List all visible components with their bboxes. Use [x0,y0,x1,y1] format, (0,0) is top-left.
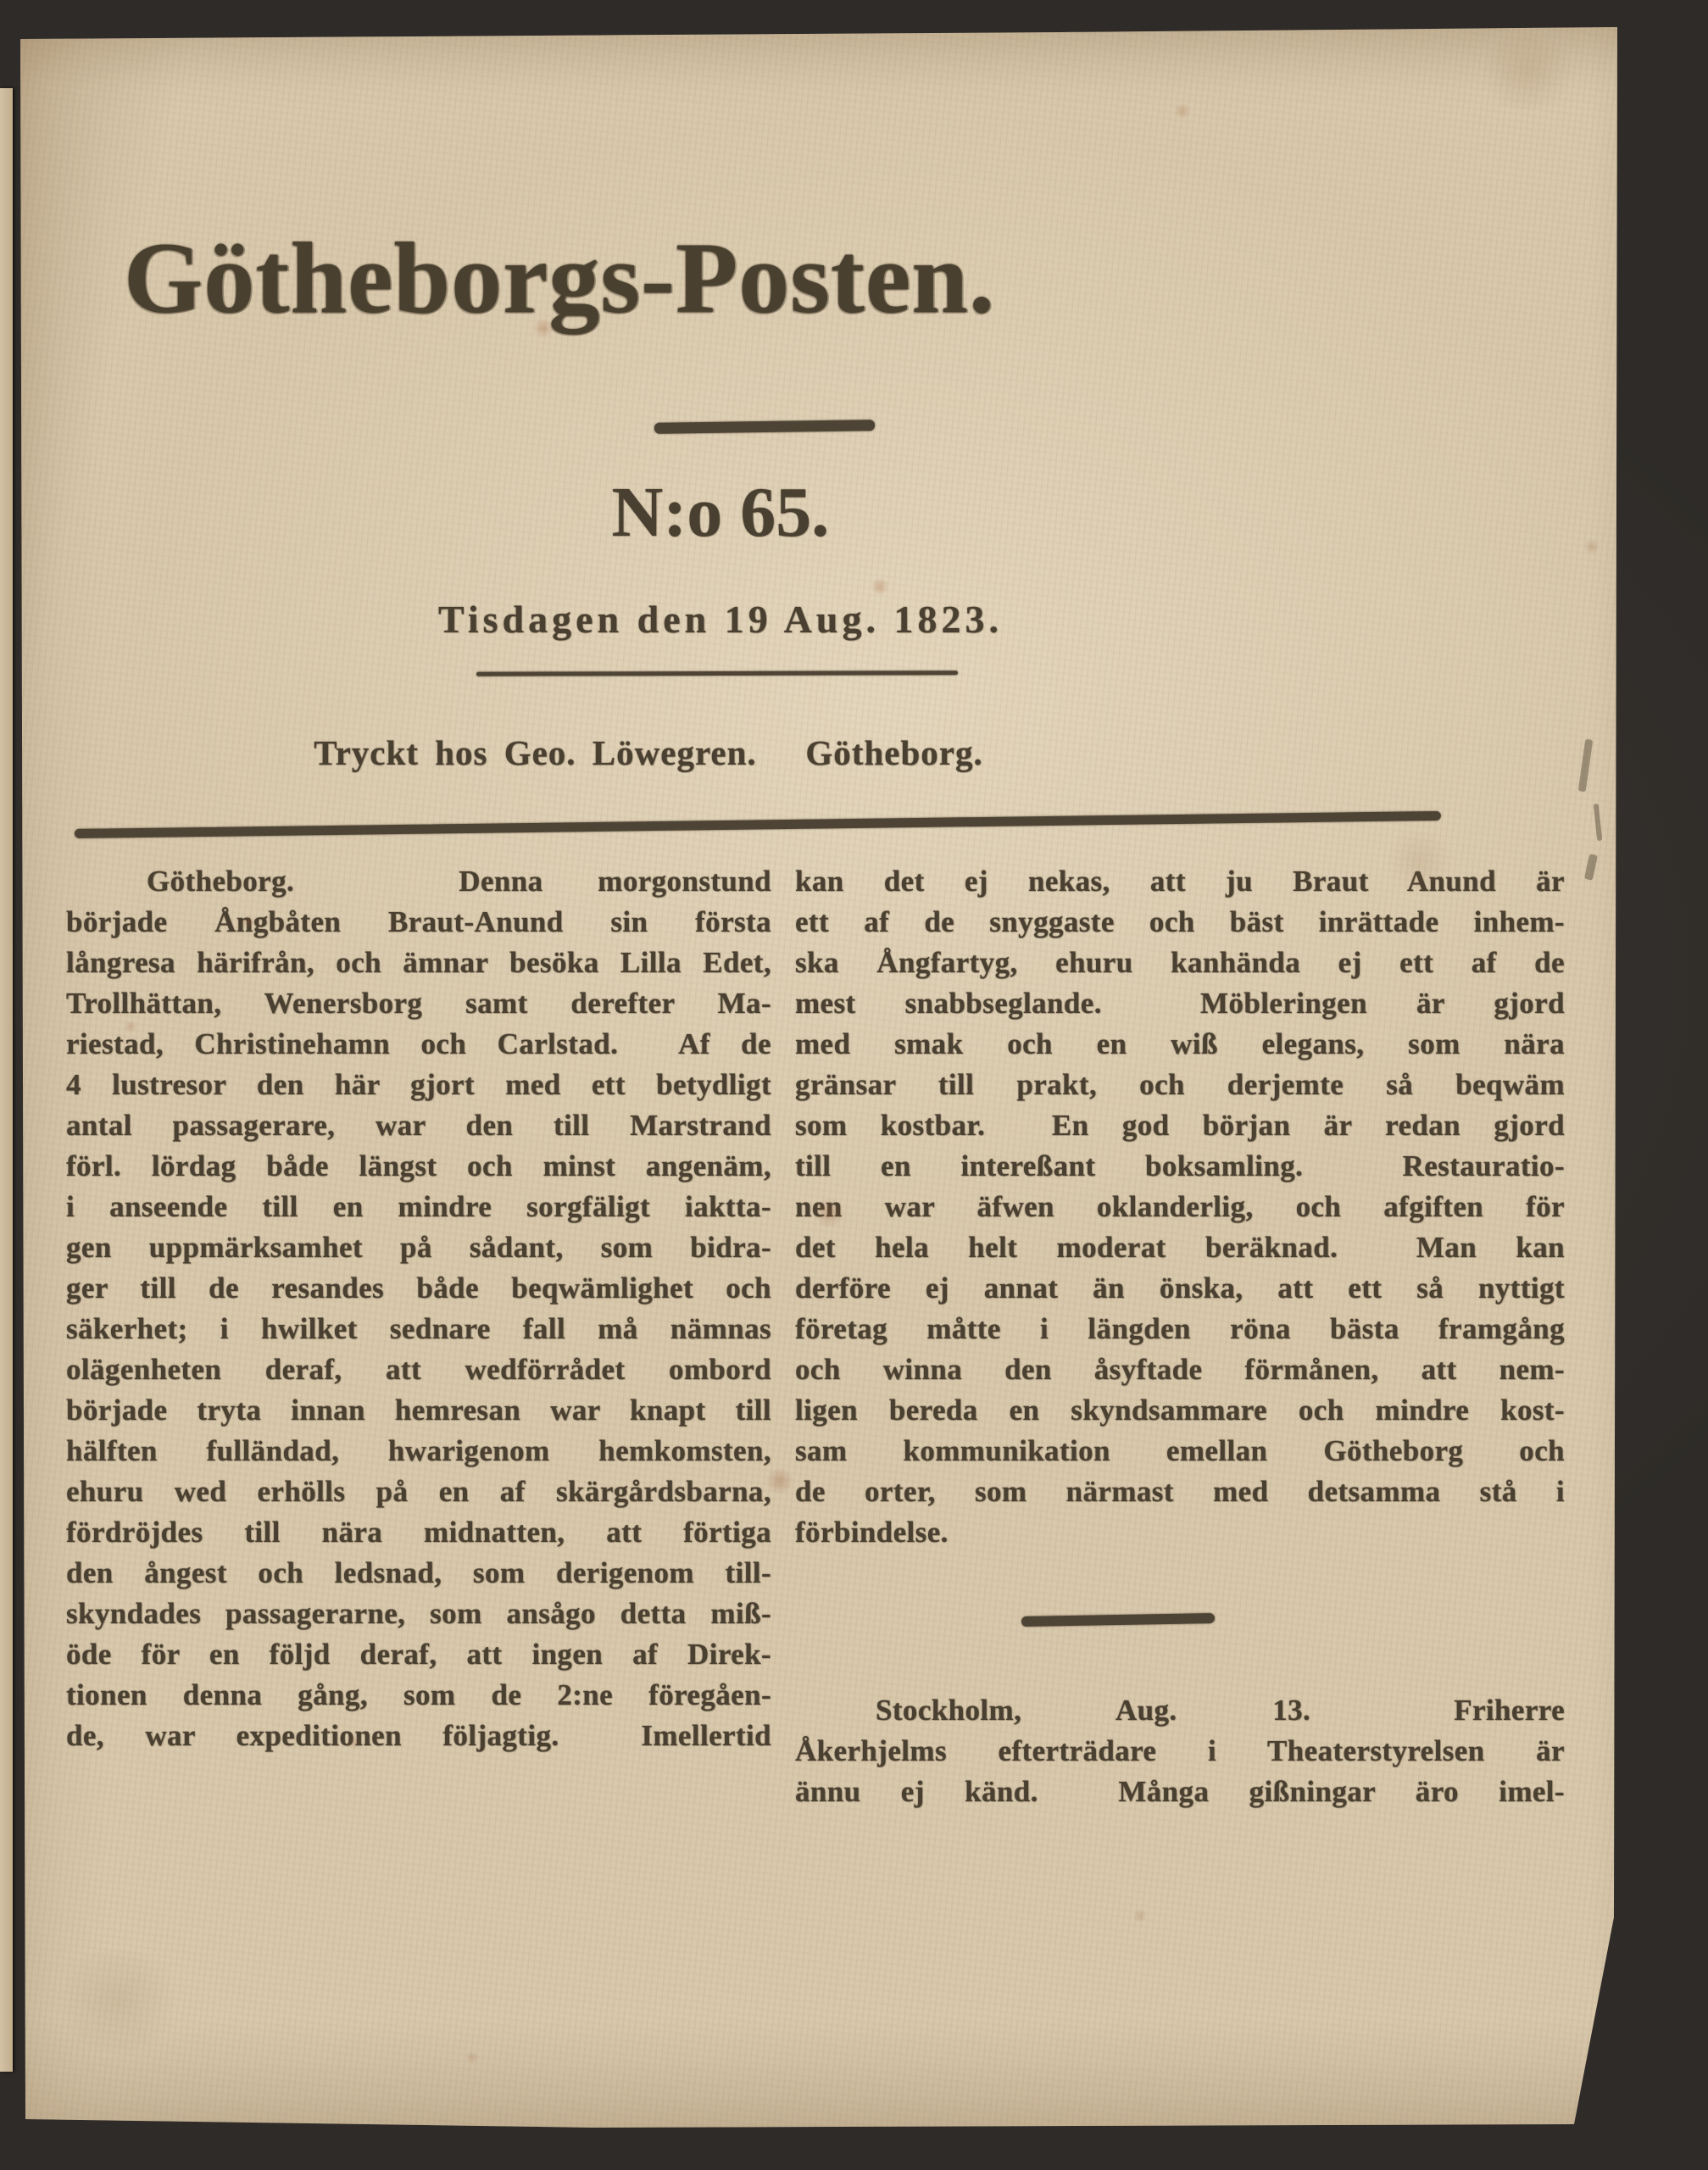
text-line: som kostbar. En god början är redan gjor… [795,1105,1565,1146]
text-line: 4 lustresor den här gjort med ett betydl… [66,1065,771,1105]
stain [51,1950,186,2051]
text-line: Trollhättan, Wenersborg samt derefter Ma… [66,983,771,1024]
text-line: hälften fulländad, hwarigenom hemkomsten… [66,1431,771,1472]
text-line: till en intereßant boksamling. Restaurat… [795,1146,1565,1187]
column-right-stockholm: Stockholm, Aug. 13. FriherreÅkerhjelms e… [795,1690,1565,1812]
column-left: Götheborg. Denna morgonstundbörjade Ångb… [66,861,771,1756]
text-line: förbindelse. [795,1512,1565,1553]
issue-date: Tisdagen den 19 Aug. 1823. [381,590,1060,649]
text-line: Åkerhjelms efterträdare i Theaterstyrels… [795,1731,1565,1772]
issue-number: N:o 65. [509,462,932,564]
text-line: gränsar till prakt, och derjemte så beqw… [795,1065,1565,1105]
text-line: säkerhet; i hwilket sednare fall må nämn… [66,1309,771,1349]
stain [241,915,256,928]
text-line: ska Ångfartyg, ehuru kanhända ej ett af … [795,943,1565,983]
text-line: antal passagerare, war den till Marstran… [66,1105,771,1146]
text-line: långresa härifrån, och ämnar besöka Lill… [66,943,771,983]
stain [812,1199,846,1227]
masthead-title: Götheborgs-Posten. [55,193,1064,371]
text-line: öde för en följd deraf, att ingen af Dir… [66,1634,771,1675]
text-line: företag måtte i längden röna bästa framg… [795,1309,1565,1349]
stain [1583,539,1600,554]
text-line: de orter, som närmast med detsamma stå i [795,1472,1565,1512]
page-edge-under [0,88,13,2072]
column-right-top: kan det ej nekas, att ju Braut Anund äre… [795,861,1565,1553]
section-rule [1021,1613,1215,1627]
stain [1477,34,1578,110]
text-line: började tryta innan hemresan war knapt t… [66,1390,771,1431]
stain [1132,1909,1148,1922]
stain [124,1021,137,1032]
text-line: riestad, Christinehamn och Carlstad. Af … [66,1024,771,1065]
text-line: började Ångbåten Braut-Anund sin första [66,902,771,943]
scan-background: Götheborgs-Posten. N:o 65. Tisdagen den … [0,0,1708,2170]
masthead-rule [654,420,875,434]
stain [465,2051,480,2063]
imprint-line: Tryckt hos Geo. Löwegren. Götheborg. [284,722,1013,783]
text-line: ännu ej känd. Många gißningar äro imel- [795,1772,1565,1812]
text-line: ligen bereda en skyndsammare och mindre … [795,1390,1565,1431]
stain [765,1468,795,1494]
text-line: fördröjdes till nära midnatten, att fört… [66,1512,771,1553]
text-line: nen war äfwen oklanderlig, och afgiften … [795,1187,1565,1227]
text-line: ehuru wed erhölls på en af skärgårdsbarn… [66,1472,771,1512]
text-line: det hela helt moderat beräknad. Man kan [795,1227,1565,1268]
margin-mark [1578,739,1594,793]
text-line: och winna den åsyftade förmånen, att nem… [795,1349,1565,1390]
text-line: gen uppmärksamhet på sådant, som bidra- [66,1227,771,1268]
newspaper-page: Götheborgs-Posten. N:o 65. Tisdagen den … [0,0,1708,2170]
text-line: ger till de resandes både beqwämlighet o… [66,1268,771,1309]
stain [532,319,554,337]
text-line: tionen denna gång, som de 2:ne föregåen- [66,1675,771,1716]
header-divider-rule [75,811,1441,838]
text-line: de, war expeditionen följagtig. Imellert… [66,1716,771,1756]
text-line: mest snabbseglande. Möbleringen är gjord [795,983,1565,1024]
margin-mark [1594,804,1603,841]
text-line: skyndades passagerarne, som ansågo detta… [66,1594,771,1634]
date-rule [476,670,958,676]
text-line: ett af de snyggaste och bäst inrättade i… [795,902,1565,943]
text-line: derföre ej annat än önska, att ett så ny… [795,1268,1565,1309]
text-line: den ångest och ledsnad, som derigenom ti… [66,1553,771,1594]
text-line: olägenheten deraf, att wedförrådet ombor… [66,1349,771,1390]
text-line: med smak och en wiß elegans, som nära [795,1024,1565,1065]
stain [870,578,890,595]
text-line: i anseende till en mindre sorgfäligt iak… [66,1187,771,1227]
margin-mark [1584,854,1598,880]
text-line: förl. lördag både längst och minst angen… [66,1146,771,1187]
stain [1173,103,1192,119]
text-line: Stockholm, Aug. 13. Friherre [795,1690,1565,1731]
text-line: sam kommunikation emellan Götheborg och [795,1431,1565,1472]
stain [346,1736,363,1750]
stain [1382,831,1458,890]
text-line: Götheborg. Denna morgonstund [66,861,771,902]
